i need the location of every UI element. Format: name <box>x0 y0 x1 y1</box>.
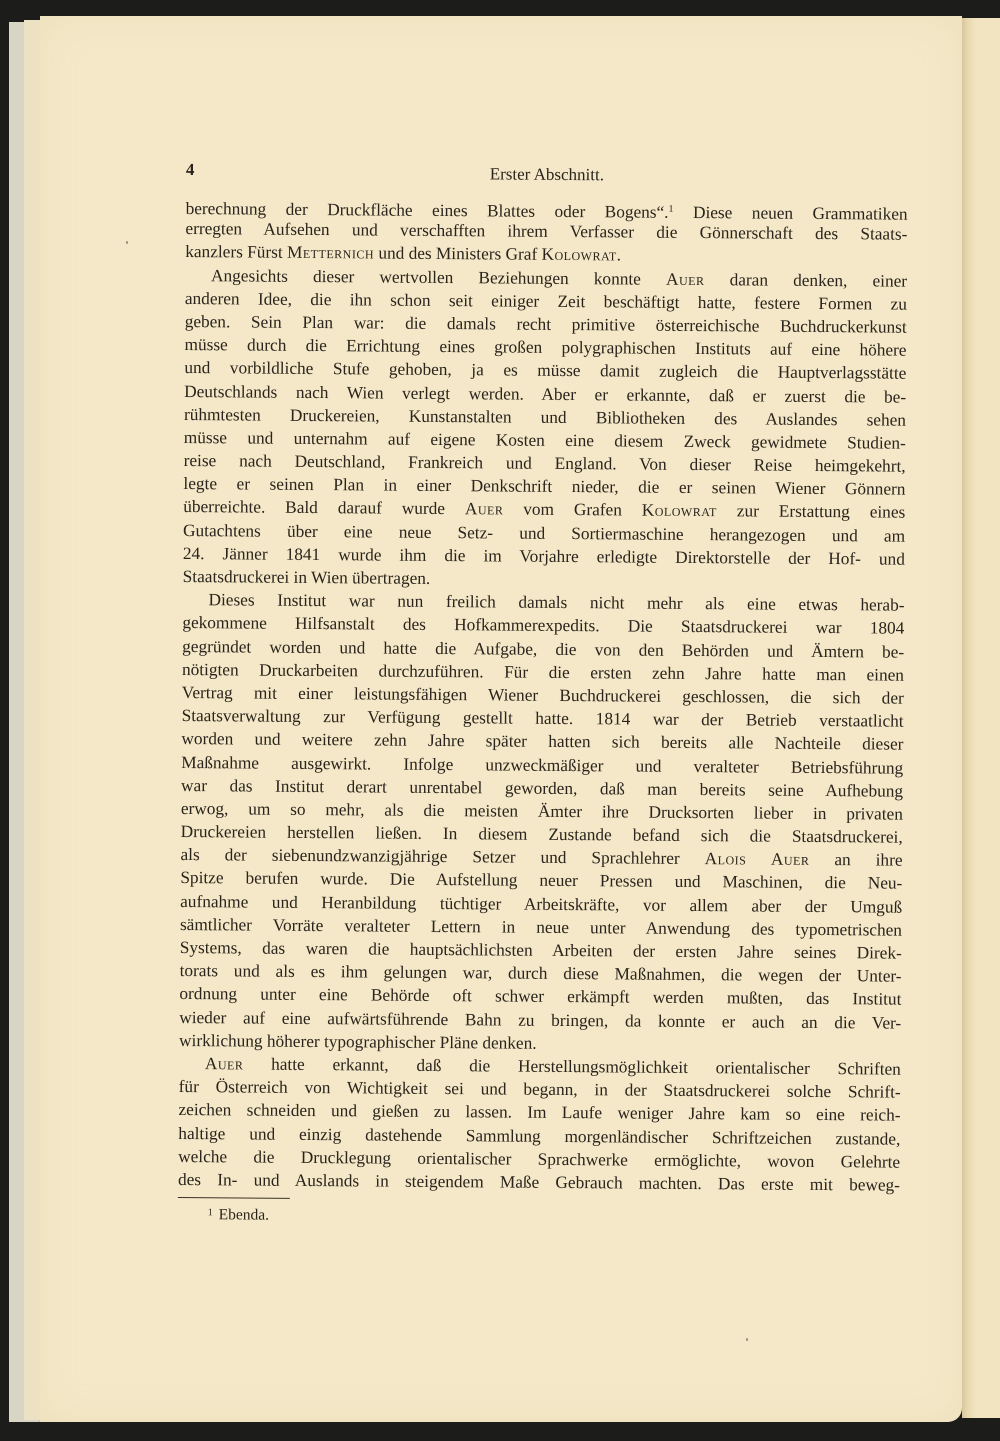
page-text-block: 4 Erster Abschnitt. berechnung der Druck… <box>178 160 908 1230</box>
small-caps-name: Alois Auer <box>705 849 810 869</box>
paper-speck <box>746 1338 748 1341</box>
small-caps-name: Kolowrat <box>541 245 616 265</box>
scanned-book-page: 4 Erster Abschnitt. berechnung der Druck… <box>0 0 1000 1441</box>
small-caps-name: Kolowrat <box>642 501 717 521</box>
small-caps-name: Auer <box>465 500 504 519</box>
small-caps-name: Metternich <box>287 243 374 263</box>
paragraph: Dieses Institut war nun freilich damals … <box>179 588 905 1057</box>
paragraph: Auer hatte erkannt, daß die Herstellungs… <box>178 1052 901 1197</box>
footnote-divider <box>178 1197 290 1199</box>
paragraph: berechnung der Druckfläche eines Blattes… <box>185 194 908 269</box>
book-gutter <box>962 18 1000 1418</box>
footnote-marker: 1 <box>208 1207 213 1218</box>
footnote-text: Ebenda. <box>219 1206 269 1223</box>
small-caps-name: Auer <box>666 269 705 288</box>
text-line: des In- und Auslands in steigendem Maße … <box>178 1168 900 1197</box>
paper-speck <box>126 241 128 244</box>
paragraph: Angesichts dieser wertvollen Beziehungen… <box>183 264 908 594</box>
body-text: berechnung der Druckfläche eines Blattes… <box>178 194 908 1197</box>
small-caps-name: Auer <box>205 1054 244 1073</box>
running-head: 4 Erster Abschnitt. <box>186 160 908 200</box>
chapter-title: Erster Abschnitt. <box>186 162 908 188</box>
